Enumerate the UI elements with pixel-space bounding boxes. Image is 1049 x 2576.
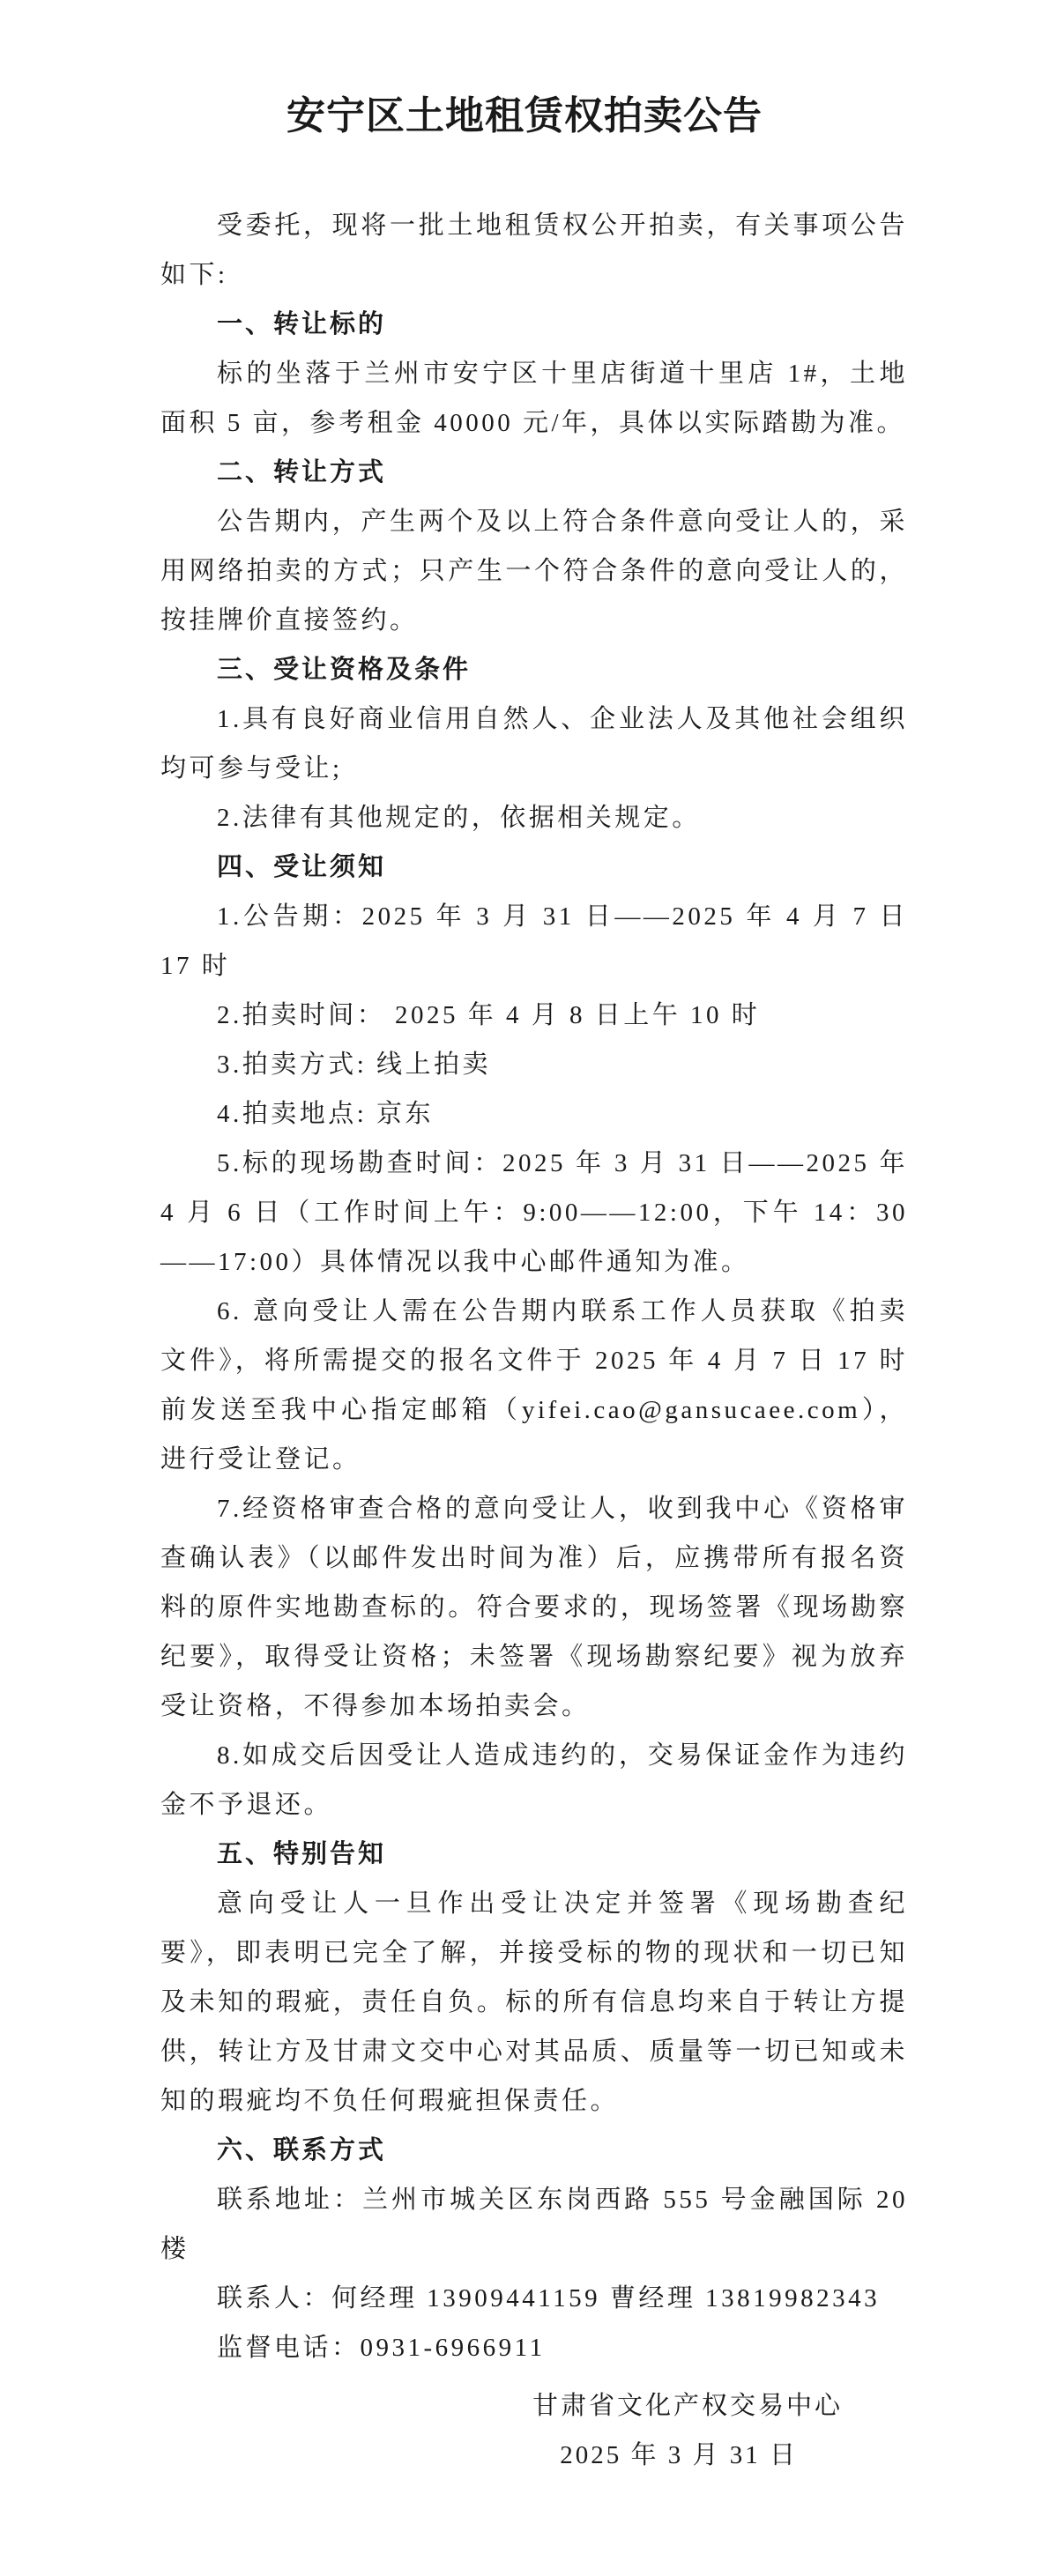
paragraph-note-7-qualification-review: 7.经资格审查合格的意向受让人，收到我中心《资格审查确认表》（以邮件发出时间为准…	[160, 1484, 908, 1731]
page-title: 安宁区土地租赁权拍卖公告	[0, 88, 1049, 145]
section-heading-transfer-method: 二、转让方式	[160, 448, 908, 497]
section-heading-transfer-subject: 一、转让标的	[160, 300, 908, 349]
signature-block: 甘肃省文化产权交易中心 2025 年 3 月 31 日	[160, 2381, 908, 2480]
paragraph-qualification-1: 1.具有良好商业信用自然人、企业法人及其他社会组织均可参与受让;	[160, 694, 908, 793]
paragraph-contact-persons: 联系人：何经理 13909441159 曹经理 13819982343	[160, 2274, 908, 2323]
paragraph-note-6-registration: 6. 意向受让人需在公告期内联系工作人员获取《拍卖文件》，将所需提交的报名文件于…	[160, 1287, 908, 1484]
paragraph-subject-location: 标的坐落于兰州市安宁区十里店街道十里店 1#，土地面积 5 亩，参考租金 400…	[160, 349, 908, 448]
paragraph-special-notice: 意向受让人一旦作出受让决定并签署《现场勘查纪要》，即表明已完全了解，并接受标的物…	[160, 1879, 908, 2126]
paragraph-supervision-phone: 监督电话：0931-6966911	[160, 2323, 908, 2372]
paragraph-note-2-auction-time: 2.拍卖时间： 2025 年 4 月 8 日上午 10 时	[160, 991, 908, 1040]
signature-date: 2025 年 3 月 31 日	[160, 2431, 908, 2480]
paragraph-note-3-auction-method: 3.拍卖方式: 线上拍卖	[160, 1040, 908, 1089]
signature-organization: 甘肃省文化产权交易中心	[160, 2381, 908, 2431]
document-body: 受委托，现将一批土地租赁权公开拍卖，有关事项公告如下: 一、转让标的 标的坐落于…	[160, 201, 908, 2480]
paragraph-note-8-deposit: 8.如成交后因受让人造成违约的，交易保证金作为违约金不予退还。	[160, 1731, 908, 1830]
paragraph-transfer-method: 公告期内，产生两个及以上符合条件意向受让人的，采用网络拍卖的方式；只产生一个符合…	[160, 497, 908, 645]
section-heading-contact: 六、联系方式	[160, 2126, 908, 2175]
paragraph-note-4-auction-venue: 4.拍卖地点: 京东	[160, 1089, 908, 1139]
paragraph-contact-address: 联系地址：兰州市城关区东岗西路 555 号金融国际 20 楼	[160, 2175, 908, 2274]
paragraph-qualification-2: 2.法律有其他规定的，依据相关规定。	[160, 793, 908, 843]
document-page: 安宁区土地租赁权拍卖公告 受委托，现将一批土地租赁权公开拍卖，有关事项公告如下:…	[0, 0, 1049, 2576]
paragraph-note-1-announcement-period: 1.公告期：2025 年 3 月 31 日——2025 年 4 月 7 日 17…	[160, 892, 908, 991]
paragraph-note-5-site-survey-time: 5.标的现场勘查时间：2025 年 3 月 31 日——2025 年 4 月 6…	[160, 1139, 908, 1287]
section-heading-special-notice: 五、特别告知	[160, 1830, 908, 1879]
section-heading-qualifications: 三、受让资格及条件	[160, 645, 908, 694]
section-heading-transfer-notes: 四、受让须知	[160, 843, 908, 892]
intro-paragraph: 受委托，现将一批土地租赁权公开拍卖，有关事项公告如下:	[160, 201, 908, 300]
